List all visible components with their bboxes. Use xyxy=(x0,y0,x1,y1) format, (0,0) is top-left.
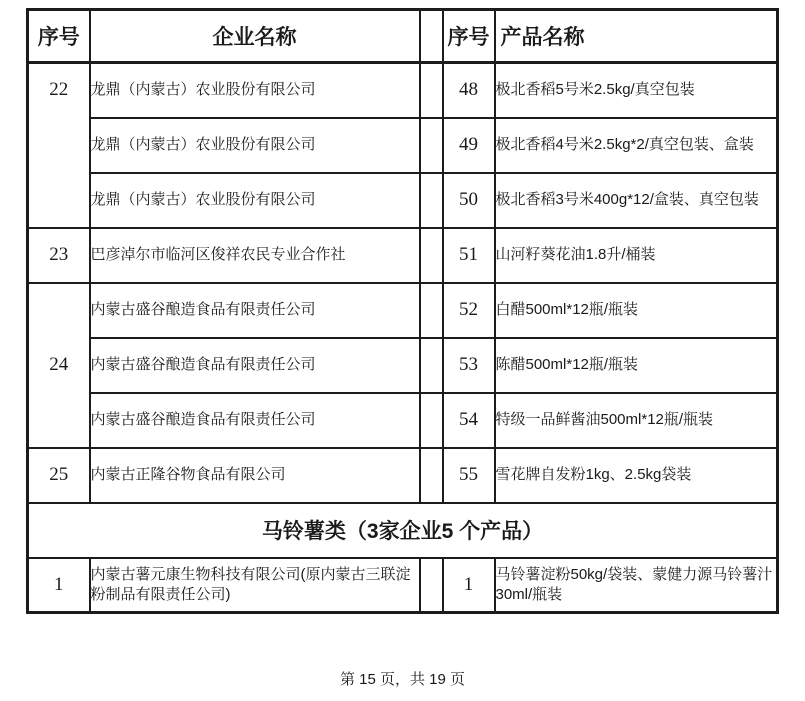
product-name-cell: 马铃薯淀粉50kg/袋装、蒙健力源马铃薯汁30ml/瓶装 xyxy=(495,558,778,613)
product-seq-cell: 1 xyxy=(443,558,495,613)
table-row: 龙鼎（内蒙古）农业股份有限公司 49 极北香稻4号米2.5kg*2/真空包装、盒… xyxy=(28,118,778,173)
company-name-cell: 龙鼎（内蒙古）农业股份有限公司 xyxy=(90,173,420,228)
spacer-cell xyxy=(420,448,443,503)
product-name-cell: 陈醋500ml*12瓶/瓶装 xyxy=(495,338,778,393)
company-seq-cell: 24 xyxy=(28,283,90,448)
table-row: 24 内蒙古盛谷酿造食品有限责任公司 52 白醋500ml*12瓶/瓶装 xyxy=(28,283,778,338)
table-row: 龙鼎（内蒙古）农业股份有限公司 50 极北香稻3号米400g*12/盒装、真空包… xyxy=(28,173,778,228)
spacer-cell xyxy=(420,63,443,118)
company-seq-cell: 22 xyxy=(28,63,90,228)
product-seq-cell: 53 xyxy=(443,338,495,393)
product-name-cell: 白醋500ml*12瓶/瓶装 xyxy=(495,283,778,338)
product-name-cell: 极北香稻5号米2.5kg/真空包装 xyxy=(495,63,778,118)
product-seq-cell: 50 xyxy=(443,173,495,228)
product-seq-cell: 48 xyxy=(443,63,495,118)
company-name-cell: 内蒙古盛谷酿造食品有限责任公司 xyxy=(90,393,420,448)
spacer-cell xyxy=(420,558,443,613)
company-name-cell: 巴彦淖尔市临河区俊祥农民专业合作社 xyxy=(90,228,420,283)
company-name-cell: 龙鼎（内蒙古）农业股份有限公司 xyxy=(90,63,420,118)
spacer-cell xyxy=(420,118,443,173)
product-name-cell: 特级一品鲜酱油500ml*12瓶/瓶装 xyxy=(495,393,778,448)
product-seq-cell: 54 xyxy=(443,393,495,448)
company-name-cell: 内蒙古正隆谷物食品有限公司 xyxy=(90,448,420,503)
spacer-cell xyxy=(420,173,443,228)
table-row: 25 内蒙古正隆谷物食品有限公司 55 雪花牌自发粉1kg、2.5kg袋装 xyxy=(28,448,778,503)
product-seq-cell: 55 xyxy=(443,448,495,503)
header-company-name: 企业名称 xyxy=(90,10,420,63)
company-name-cell: 龙鼎（内蒙古）农业股份有限公司 xyxy=(90,118,420,173)
company-name-cell: 内蒙古盛谷酿造食品有限责任公司 xyxy=(90,283,420,338)
header-spacer-cell xyxy=(420,10,443,63)
product-name-cell: 极北香稻3号米400g*12/盒装、真空包装 xyxy=(495,173,778,228)
company-name-cell: 内蒙古薯元康生物科技有限公司(原内蒙古三联淀粉制品有限责任公司) xyxy=(90,558,420,613)
table-row: 23 巴彦淖尔市临河区俊祥农民专业合作社 51 山河籽葵花油1.8升/桶装 xyxy=(28,228,778,283)
header-product-name: 产品名称 xyxy=(495,10,778,63)
header-product-seq: 序号 xyxy=(443,10,495,63)
company-seq-cell: 23 xyxy=(28,228,90,283)
category-section-row: 马铃薯类（3家企业5 个产品） xyxy=(28,503,778,558)
spacer-cell xyxy=(420,338,443,393)
spacer-cell xyxy=(420,283,443,338)
category-section-title: 马铃薯类（3家企业5 个产品） xyxy=(28,503,778,558)
product-name-cell: 山河籽葵花油1.8升/桶装 xyxy=(495,228,778,283)
spacer-cell xyxy=(420,393,443,448)
company-seq-cell: 1 xyxy=(28,558,90,613)
company-seq-cell: 25 xyxy=(28,448,90,503)
product-name-cell: 极北香稻4号米2.5kg*2/真空包装、盒装 xyxy=(495,118,778,173)
table-row: 内蒙古盛谷酿造食品有限责任公司 53 陈醋500ml*12瓶/瓶装 xyxy=(28,338,778,393)
table-row: 内蒙古盛谷酿造食品有限责任公司 54 特级一品鲜酱油500ml*12瓶/瓶装 xyxy=(28,393,778,448)
table-row: 1 内蒙古薯元康生物科技有限公司(原内蒙古三联淀粉制品有限责任公司) 1 马铃薯… xyxy=(28,558,778,613)
company-product-table: 序号 企业名称 序号 产品名称 22 龙鼎（内蒙古）农业股份有限公司 48 极北… xyxy=(26,8,779,614)
page-number-footer: 第 15 页，共 19 页 xyxy=(0,668,805,689)
product-seq-cell: 51 xyxy=(443,228,495,283)
table-header-row: 序号 企业名称 序号 产品名称 xyxy=(28,10,778,63)
product-seq-cell: 49 xyxy=(443,118,495,173)
table-row: 22 龙鼎（内蒙古）农业股份有限公司 48 极北香稻5号米2.5kg/真空包装 xyxy=(28,63,778,118)
company-name-cell: 内蒙古盛谷酿造食品有限责任公司 xyxy=(90,338,420,393)
header-company-seq: 序号 xyxy=(28,10,90,63)
product-name-cell: 雪花牌自发粉1kg、2.5kg袋装 xyxy=(495,448,778,503)
product-seq-cell: 52 xyxy=(443,283,495,338)
spacer-cell xyxy=(420,228,443,283)
